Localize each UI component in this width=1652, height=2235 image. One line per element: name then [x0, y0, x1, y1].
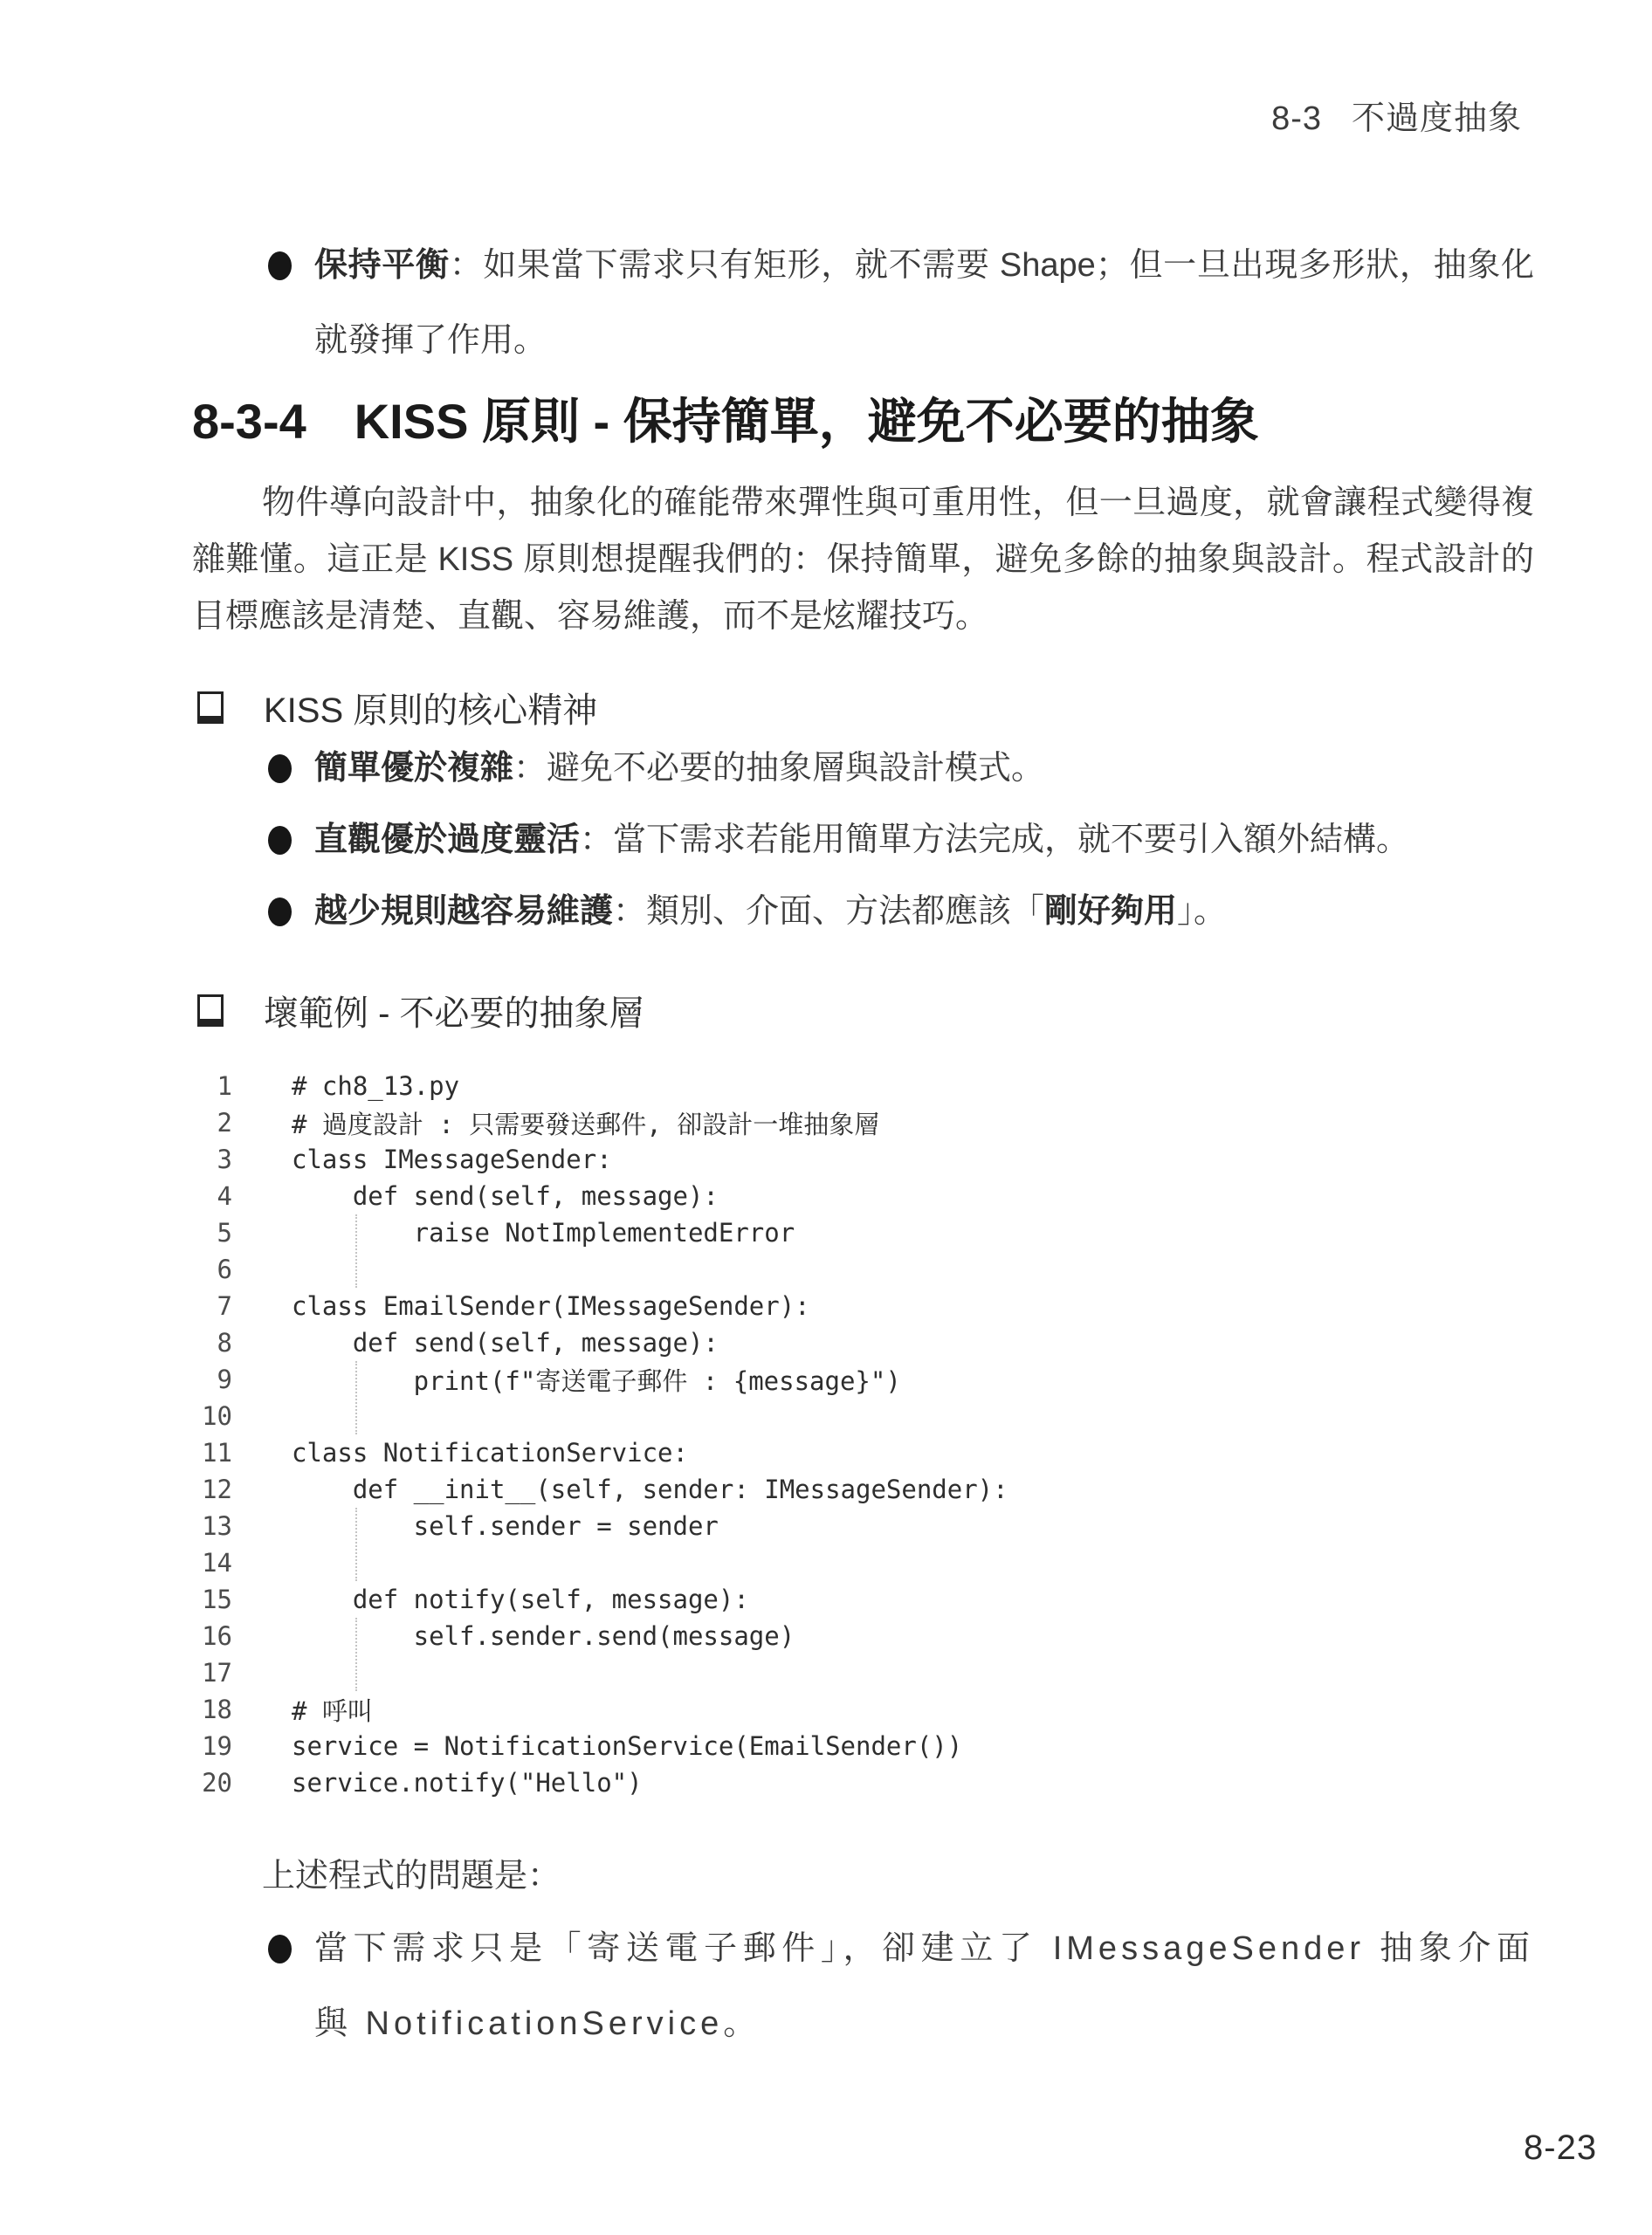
line-number: 2 — [192, 1108, 232, 1138]
code-listing: 1# ch8_13.py 2# 過度設計 : 只需要發送郵件, 卻設計一堆抽象層… — [192, 1068, 1534, 1801]
line-number: 20 — [192, 1768, 232, 1798]
square-bullet-icon — [197, 994, 224, 1027]
code-line: 4 def send(self, message): — [192, 1178, 1534, 1214]
line-number: 15 — [192, 1585, 232, 1614]
code-line: 15 def notify(self, message): — [192, 1581, 1534, 1618]
code-text: def send(self, message): — [292, 1181, 719, 1211]
list-item-text: 越少規則越容易維護：類別、介面、方法都應該「剛好夠用」。 — [314, 891, 1227, 932]
code-line: 19service = NotificationService(EmailSen… — [192, 1728, 1534, 1764]
code-line: 3class IMessageSender: — [192, 1141, 1534, 1178]
code-line: 18# 呼叫 — [192, 1691, 1534, 1728]
list-item: 直觀優於過度靈活：當下需求若能用簡單方法完成，就不要引入額外結構。 — [192, 820, 1534, 860]
list-item-lead: 簡單優於複雜 — [314, 750, 513, 787]
intro-paragraph: 物件導向設計中，抽象化的確能帶來彈性與可重用性，但一旦過度，就會讓程式變得複雜難… — [192, 475, 1534, 645]
line-number: 12 — [192, 1475, 232, 1504]
indent-guide — [355, 1618, 357, 1691]
bullet-dot-icon — [268, 897, 292, 926]
code-line: 6 — [192, 1251, 1534, 1288]
line-number: 7 — [192, 1291, 232, 1321]
line-number: 19 — [192, 1731, 232, 1761]
list-item-body: ：當下需求若能用簡單方法完成，就不要引入額外結構。 — [580, 822, 1409, 858]
indent-guide — [355, 1508, 357, 1581]
code-text: service = NotificationService(EmailSende… — [292, 1731, 962, 1761]
kiss-core-title: KISS 原則的核心精神 — [264, 683, 597, 732]
line-number: 14 — [192, 1548, 232, 1578]
code-line: 9 print(f"寄送電子郵件 : {message}") — [192, 1361, 1534, 1398]
code-text: raise NotImplementedError — [292, 1218, 795, 1248]
line-number: 9 — [192, 1365, 232, 1394]
page-content: 保持平衡：如果當下需求只有矩形，就不需要 Shape；但一旦出現多形狀，抽象化就… — [192, 0, 1534, 2061]
balance-bullet-body: ：如果當下需求只有矩形，就不需要 Shape；但一旦出現多形狀，抽象化就發揮了作… — [314, 247, 1534, 359]
code-line: 1# ch8_13.py — [192, 1068, 1534, 1104]
code-line: 14 — [192, 1544, 1534, 1581]
line-number: 11 — [192, 1438, 232, 1468]
code-line: 13 self.sender = sender — [192, 1508, 1534, 1544]
line-number: 17 — [192, 1658, 232, 1688]
list-item: 越少規則越容易維護：類別、介面、方法都應該「剛好夠用」。 — [192, 891, 1534, 932]
problems-intro: 上述程式的問題是： — [262, 1854, 1534, 1898]
line-number: 8 — [192, 1328, 232, 1358]
code-text: class EmailSender(IMessageSender): — [292, 1291, 810, 1321]
bullet-dot-icon — [268, 1935, 292, 1963]
list-item-text: 簡單優於複雜：避免不必要的抽象層與設計模式。 — [314, 748, 1044, 788]
code-text: def __init__(self, sender: IMessageSende… — [292, 1475, 1008, 1504]
indent-guide — [355, 1361, 357, 1434]
code-line: 17 — [192, 1654, 1534, 1691]
line-number: 18 — [192, 1695, 232, 1724]
list-item-lead: 直觀優於過度靈活 — [314, 822, 580, 858]
code-line: 16 self.sender.send(message) — [192, 1618, 1534, 1654]
kiss-core-heading: KISS 原則的核心精神 — [192, 686, 1534, 728]
list-item-emphasis: 剛好夠用 — [1044, 893, 1177, 930]
line-number: 4 — [192, 1181, 232, 1211]
code-line: 20service.notify("Hello") — [192, 1764, 1534, 1801]
page-number: 8-23 — [1524, 2128, 1597, 2168]
section-heading: 8-3-4KISS 原則 - 保持簡單，避免不必要的抽象 — [192, 395, 1534, 449]
code-text: # 呼叫 — [292, 1692, 373, 1728]
code-line: 8 def send(self, message): — [192, 1324, 1534, 1361]
list-item-text: 直觀優於過度靈活：當下需求若能用簡單方法完成，就不要引入額外結構。 — [314, 820, 1409, 860]
code-line: 12 def __init__(self, sender: IMessageSe… — [192, 1471, 1534, 1508]
list-item-tail: 」。 — [1177, 893, 1227, 930]
code-text: # ch8_13.py — [292, 1071, 459, 1101]
code-text: class NotificationService: — [292, 1438, 688, 1468]
problem-bullet: 當下需求只是「寄送電子郵件」，卻建立了 IMessageSender 抽象介面與… — [192, 1911, 1534, 2061]
line-number: 16 — [192, 1621, 232, 1651]
code-text: # 過度設計 : 只需要發送郵件, 卻設計一堆抽象層 — [292, 1105, 879, 1141]
code-line: 5 raise NotImplementedError — [192, 1214, 1534, 1251]
list-item-lead: 越少規則越容易維護 — [314, 893, 613, 930]
line-number: 3 — [192, 1145, 232, 1174]
code-text: def send(self, message): — [292, 1328, 719, 1358]
line-number: 5 — [192, 1218, 232, 1248]
list-item-body: ：類別、介面、方法都應該「 — [613, 893, 1044, 930]
code-text: self.sender.send(message) — [292, 1621, 795, 1651]
bullet-dot-icon — [268, 251, 292, 280]
bad-example-title: 壞範例 - 不必要的抽象層 — [264, 986, 644, 1035]
code-line: 2# 過度設計 : 只需要發送郵件, 卻設計一堆抽象層 — [192, 1104, 1534, 1141]
kiss-core-bullets: 簡單優於複雜：避免不必要的抽象層與設計模式。 直觀優於過度靈活：當下需求若能用簡… — [192, 748, 1534, 932]
line-number: 6 — [192, 1255, 232, 1284]
list-item-body: ：避免不必要的抽象層與設計模式。 — [513, 750, 1044, 787]
code-text: class IMessageSender: — [292, 1145, 612, 1174]
balance-bullet-lead: 保持平衡 — [314, 247, 450, 284]
bullet-dot-icon — [268, 754, 292, 783]
bad-example-heading: 壞範例 - 不必要的抽象層 — [192, 989, 1534, 1031]
section-heading-number: 8-3-4 — [192, 394, 306, 449]
code-line: 7class EmailSender(IMessageSender): — [192, 1288, 1534, 1324]
line-number: 13 — [192, 1511, 232, 1541]
balance-bullet: 保持平衡：如果當下需求只有矩形，就不需要 Shape；但一旦出現多形狀，抽象化就… — [192, 228, 1534, 378]
bullet-dot-icon — [268, 826, 292, 855]
line-number: 1 — [192, 1071, 232, 1101]
line-number: 10 — [192, 1401, 232, 1431]
code-text: service.notify("Hello") — [292, 1768, 643, 1798]
square-bullet-icon — [197, 691, 224, 724]
code-line: 11class NotificationService: — [192, 1434, 1534, 1471]
list-item: 簡單優於複雜：避免不必要的抽象層與設計模式。 — [192, 748, 1534, 788]
code-text: print(f"寄送電子郵件 : {message}") — [292, 1362, 901, 1398]
balance-bullet-text: 保持平衡：如果當下需求只有矩形，就不需要 Shape；但一旦出現多形狀，抽象化就… — [314, 228, 1534, 378]
indent-guide — [355, 1214, 357, 1288]
code-line: 10 — [192, 1398, 1534, 1434]
section-heading-title: KISS 原則 - 保持簡單，避免不必要的抽象 — [354, 394, 1259, 449]
code-text: def notify(self, message): — [292, 1585, 749, 1614]
problem-bullet-text: 當下需求只是「寄送電子郵件」，卻建立了 IMessageSender 抽象介面與… — [314, 1911, 1534, 2061]
